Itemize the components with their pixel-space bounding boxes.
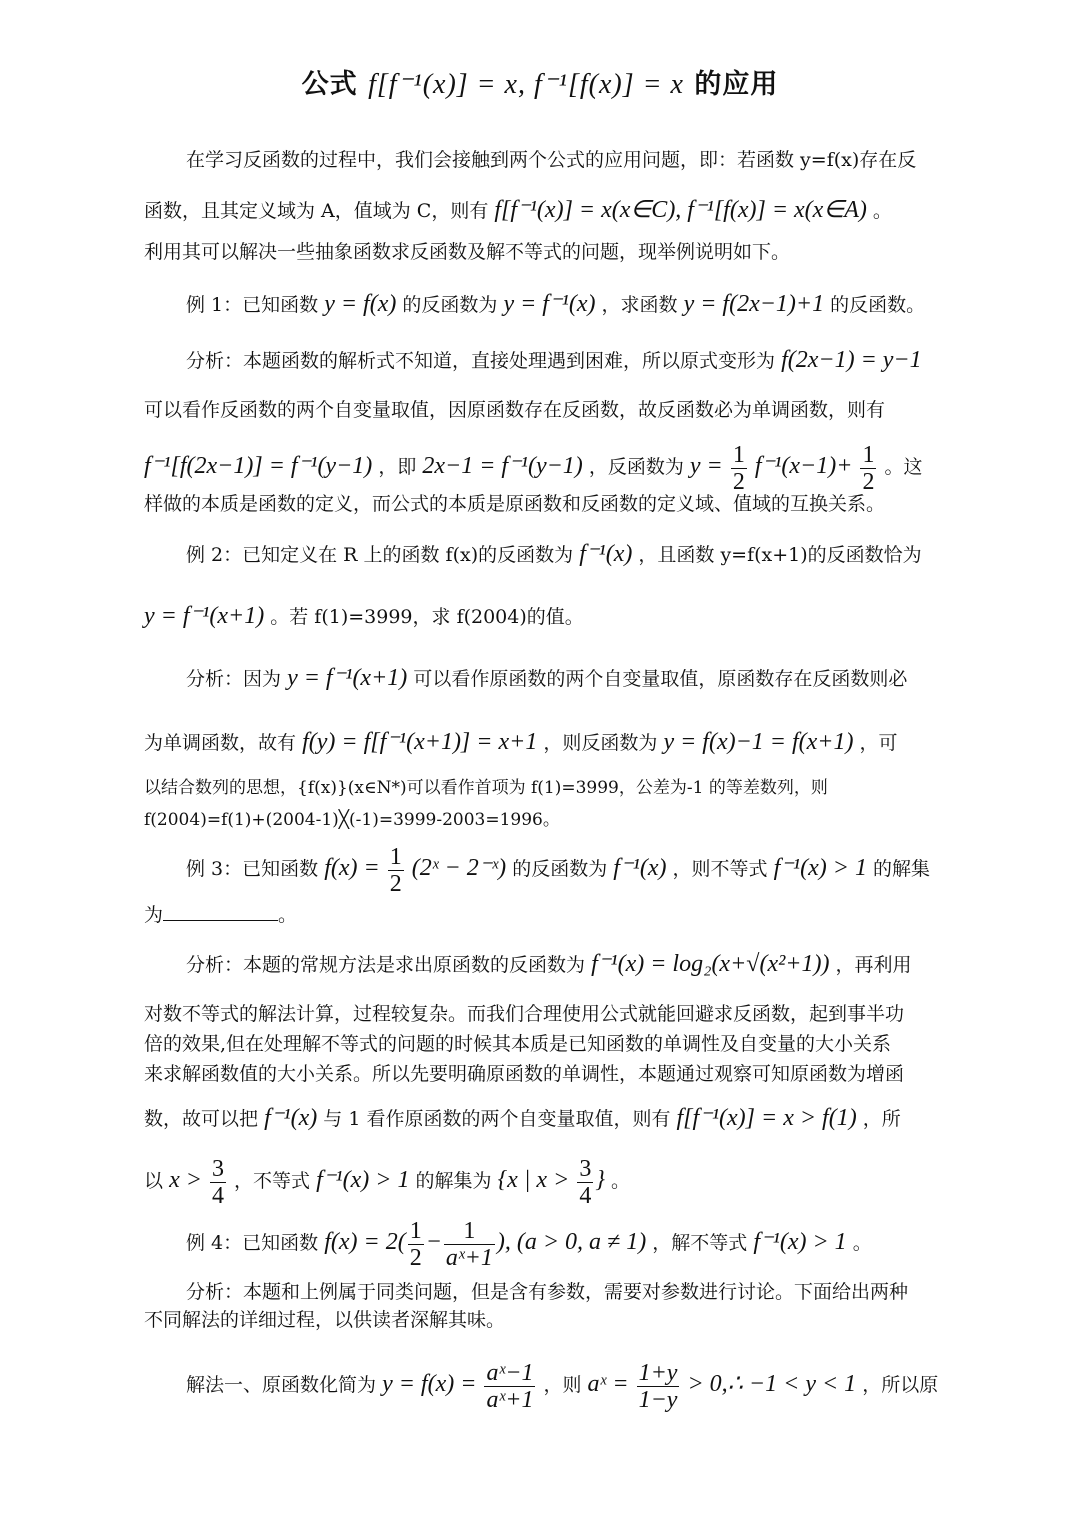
text: 分析：本题函数的解析式不知道，直接处理遇到困难，所以原式变形为 (186, 350, 775, 372)
text: 例 3：已知函数 (186, 858, 318, 880)
text: 的解集 (873, 858, 930, 880)
text: 。 (611, 1170, 630, 1192)
formula: } (595, 1167, 605, 1193)
text: 的反函数为 (402, 294, 497, 316)
formula: > 0,∴ −1 < y < 1 (687, 1371, 856, 1397)
analysis-1-line-3: f⁻¹[f(2x−1)] = f⁻¹(y−1) ，即 2x−1 = f⁻¹(y−… (144, 438, 980, 494)
text: ，所以原 (862, 1374, 938, 1396)
example-1: 例 1：已知函数 y = f(x) 的反函数为 y = f⁻¹(x) ，求函数 … (186, 290, 980, 319)
text: ，且函数 y=f(x+1)的反函数恰为 (638, 544, 921, 566)
formula: f⁻¹(x) (579, 541, 632, 567)
formula: x > (169, 1167, 202, 1193)
intro-formula: f[f⁻¹(x)] = x(x∈C), f⁻¹[f(x)] = x(x∈A) (494, 197, 866, 223)
formula: f⁻¹[f(2x−1)] = f⁻¹(y−1) (144, 453, 372, 479)
fraction: aˣ−1 aˣ+1 (484, 1360, 535, 1413)
text: 。这 (885, 456, 923, 478)
text: 分析：因为 (186, 668, 281, 690)
formula: aˣ = (588, 1371, 629, 1397)
text: ，解不等式 (652, 1232, 747, 1254)
formula: y = f(x) = (382, 1371, 476, 1397)
formula: − (426, 1229, 442, 1255)
fraction: 3 4 (210, 1156, 226, 1209)
analysis-3-line-1: 分析：本题的常规方法是求出原函数的反函数为 f⁻¹(x) = log₂(x+√(… (186, 950, 980, 979)
text: 为 (144, 904, 163, 926)
analysis-1-line-4: 样做的本质是函数的定义，而公式的本质是原函数和反函数的定义域、值域的互换关系。 (144, 490, 980, 518)
document-title: 公式 f[f⁻¹(x)] = x, f⁻¹[f(x)] = x 的应用 (0, 62, 1080, 101)
analysis-3-line-4: 来求解函数值的大小关系。所以先要明确原函数的单调性，本题通过观察可知原函数为增函 (144, 1060, 980, 1088)
text: 。 (853, 1232, 872, 1254)
fraction: 1 2 (731, 442, 747, 495)
formula: ), (a > 0, a ≠ 1) (497, 1229, 646, 1255)
formula: 2x−1 = f⁻¹(y−1) (422, 453, 582, 479)
text: 可以看作原函数的两个自变量取值，原函数存在反函数则必 (413, 668, 907, 690)
text: 的反函数为 (512, 858, 607, 880)
formula: y = f(2x−1)+1 (684, 291, 825, 317)
text: 。 (278, 904, 297, 926)
formula: y = f(x)−1 = f(x+1) (663, 729, 853, 755)
analysis-2-line-3: 以结合数列的思想，{f(x)}(x∈N*)可以看作首项为 f(1)=3999，公… (144, 774, 980, 802)
analysis-2-line-1: 分析：因为 y = f⁻¹(x+1) 可以看作原函数的两个自变量取值，原函数存在… (186, 664, 980, 693)
formula: f⁻¹(x) = log₂(x+√(x²+1)) (591, 951, 829, 977)
formula: y = (690, 453, 723, 479)
text: ，再利用 (836, 954, 912, 976)
text: 解法一、原函数化简为 (186, 1374, 376, 1396)
text: 的反函数。 (830, 294, 925, 316)
text: 分析：本题的常规方法是求出原函数的反函数为 (186, 954, 585, 976)
example-3-line-1: 例 3：已知函数 f(x) = 1 2 (2ˣ − 2⁻ˣ) 的反函数为 f⁻¹… (186, 840, 980, 896)
solution-1: 解法一、原函数化简为 y = f(x) = aˣ−1 aˣ+1 ，则 aˣ = … (186, 1356, 980, 1412)
example-2-line-1: 例 2：已知定义在 R 上的函数 f(x)的反函数为 f⁻¹(x) ，且函数 y… (186, 540, 980, 569)
document-page: 公式 f[f⁻¹(x)] = x, f⁻¹[f(x)] = x 的应用 在学习反… (0, 0, 1080, 1514)
answer-blank[interactable] (163, 900, 278, 921)
formula: f⁻¹(x) > 1 (316, 1167, 409, 1193)
formula: f⁻¹(x) > 1 (753, 1229, 846, 1255)
analysis-4-line-2: 不同解法的详细过程，以供读者深解其味。 (144, 1306, 980, 1334)
example-2-line-2: y = f⁻¹(x+1) 。若 f(1)=3999，求 f(2004)的值。 (144, 602, 980, 631)
formula: f(2x−1) = y−1 (781, 347, 922, 373)
intro-line-2: 函数，且其定义域为 A，值域为 C，则有 f[f⁻¹(x)] = x(x∈C),… (144, 196, 980, 225)
text: 例 4：已知函数 (186, 1232, 318, 1254)
intro-end: 。 (873, 200, 892, 222)
example-4: 例 4：已知函数 f(x) = 2( 1 2 − 1 aˣ+1 ), (a > … (186, 1214, 980, 1270)
analysis-3-line-6: 以 x > 3 4 ，不等式 f⁻¹(x) > 1 的解集为 {x | x > … (144, 1152, 980, 1208)
fraction: 1 2 (860, 442, 876, 495)
formula: y = f⁻¹(x+1) (144, 603, 264, 629)
text: 的解集为 (416, 1170, 492, 1192)
analysis-2-line-4: f(2004)=f(1)+(2004-1)╳(-1)=3999-2003=199… (144, 806, 980, 834)
title-formula: f[f⁻¹(x)] = x, f⁻¹[f(x)] = x (368, 69, 684, 100)
fraction: 1 2 (408, 1218, 424, 1271)
title-prefix: 公式 (302, 69, 358, 100)
text: ，即 (378, 456, 416, 478)
formula: f(x) = (324, 855, 380, 881)
formula: {x | x > (498, 1167, 570, 1193)
text: 数，故可以把 (144, 1108, 258, 1130)
text: ，可 (860, 732, 898, 754)
text: ，则反函数为 (543, 732, 657, 754)
formula: f⁻¹(x) (613, 855, 666, 881)
intro-line-1: 在学习反函数的过程中，我们会接触到两个公式的应用问题，即：若函数 y=f(x)存… (186, 146, 980, 174)
analysis-4-line-1: 分析：本题和上例属于同类问题，但是含有参数，需要对参数进行讨论。下面给出两种 (186, 1278, 980, 1306)
text: ，不等式 (234, 1170, 310, 1192)
text: ，则不等式 (673, 858, 768, 880)
formula: y = f⁻¹(x+1) (287, 665, 407, 691)
formula: f⁻¹(x−1)+ (755, 453, 853, 479)
formula: f(x) = 2( (324, 1229, 406, 1255)
analysis-3-line-3: 倍的效果,但在处理解不等式的问题的时候其本质是已知函数的单调性及自变量的大小关系 (144, 1030, 980, 1058)
intro-line-3: 利用其可以解决一些抽象函数求反函数及解不等式的问题，现举例说明如下。 (144, 238, 980, 266)
text: ，求函数 (602, 294, 678, 316)
analysis-2-line-2: 为单调函数，故有 f(y) = f[f⁻¹(x+1)] = x+1 ，则反函数为… (144, 728, 980, 757)
fraction: 3 4 (577, 1156, 593, 1209)
formula: f⁻¹(x) (264, 1105, 317, 1131)
example-3-line-2: 为。 (144, 900, 980, 929)
analysis-1-line-1: 分析：本题函数的解析式不知道，直接处理遇到困难，所以原式变形为 f(2x−1) … (186, 346, 980, 375)
fraction: 1 2 (388, 844, 404, 897)
fraction: 1 aˣ+1 (444, 1218, 495, 1271)
text: ，反函数为 (589, 456, 684, 478)
formula: (2ˣ − 2⁻ˣ) (412, 855, 506, 881)
text: 为单调函数，故有 (144, 732, 296, 754)
title-suffix: 的应用 (694, 69, 778, 100)
formula: f(y) = f[f⁻¹(x+1)] = x+1 (302, 729, 537, 755)
analysis-3-line-5: 数，故可以把 f⁻¹(x) 与 1 看作原函数的两个自变量取值，则有 f[f⁻¹… (144, 1104, 980, 1133)
text: 以 (144, 1170, 163, 1192)
text: 例 2：已知定义在 R 上的函数 f(x)的反函数为 (186, 544, 573, 566)
example-1-label: 例 1：已知函数 (186, 294, 318, 316)
formula: f⁻¹(x) > 1 (774, 855, 867, 881)
formula: f[f⁻¹(x)] = x > f(1) (677, 1105, 857, 1131)
text: ，则 (543, 1374, 581, 1396)
text: 。若 f(1)=3999，求 f(2004)的值。 (270, 606, 584, 628)
text: ，所 (863, 1108, 901, 1130)
analysis-3-line-2: 对数不等式的解法计算，过程较复杂。而我们合理使用公式就能回避求反函数，起到事半功 (144, 1000, 980, 1028)
text: 与 1 看作原函数的两个自变量取值，则有 (323, 1108, 670, 1130)
fraction: 1+y 1−y (637, 1360, 680, 1413)
formula: y = f(x) (324, 291, 396, 317)
analysis-1-line-2: 可以看作反函数的两个自变量取值，因原函数存在反函数，故反函数必为单调函数，则有 (144, 396, 980, 424)
formula: y = f⁻¹(x) (503, 291, 595, 317)
intro-text: 函数，且其定义域为 A，值域为 C，则有 (144, 200, 488, 222)
